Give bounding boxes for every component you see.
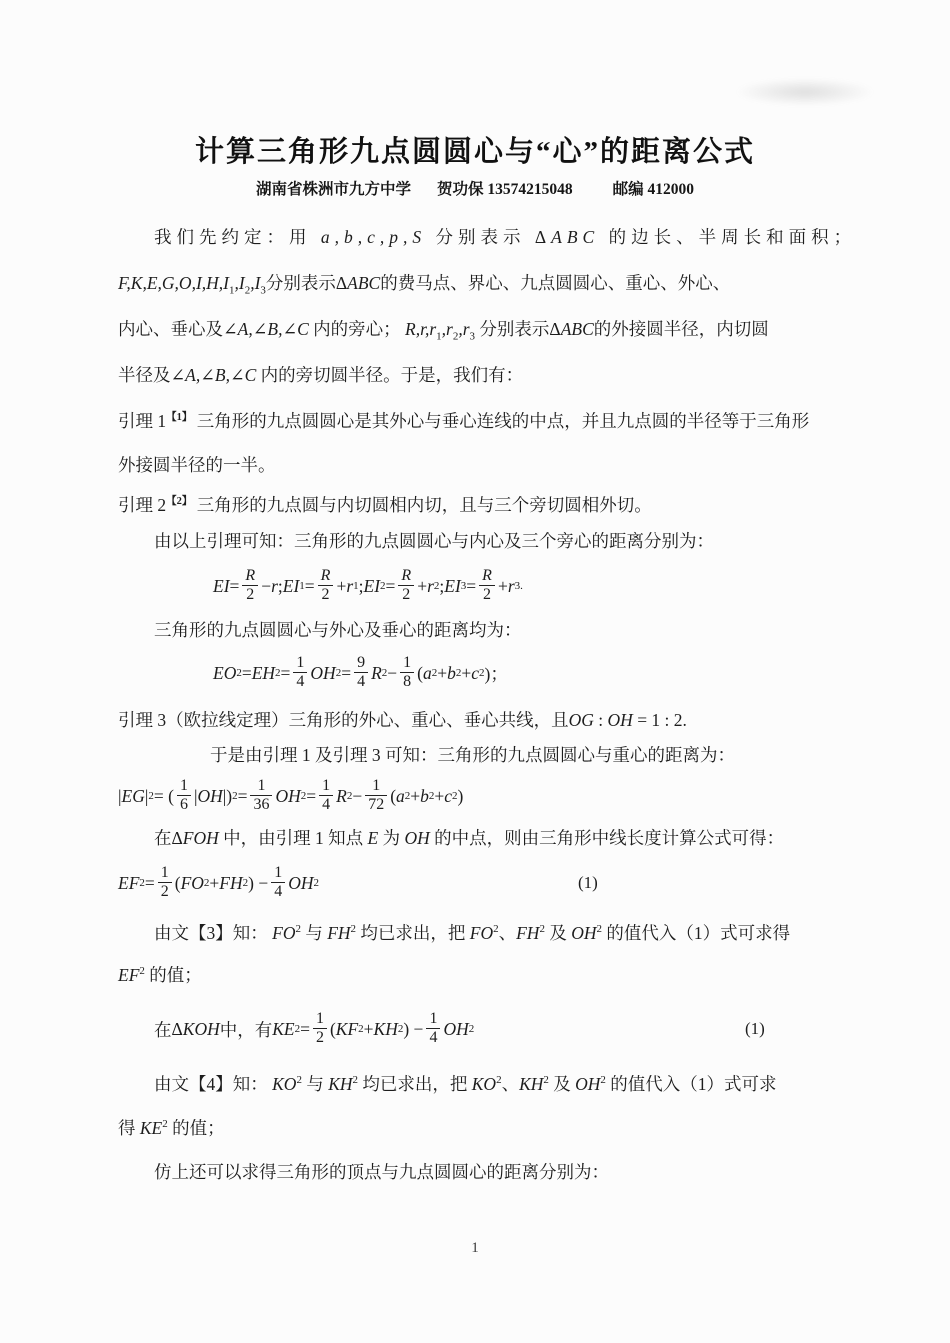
deduction-circumcenter-intro: 三角形的九点圆圆心与外心及垂心的距离均为：: [118, 614, 842, 646]
fraction: 18: [400, 654, 414, 690]
fraction: R2: [479, 567, 495, 603]
fraction: 14: [426, 1010, 440, 1046]
formula-ke: 在ΔKOH 中，有 KE2 = 12(KF2 + KH2) − 14OH2(1): [118, 996, 842, 1062]
para-ref3-line1: 由文【3】知： FO2 与 FH2 均已求出，把 FO2、FH2 及 OH2 的…: [118, 912, 842, 954]
para-conventions-line4: 半径及∠A,∠B,∠C 内的旁切圆半径。于是，我们有：: [118, 352, 842, 398]
scan-smudge: [735, 78, 875, 106]
byline-postcode: 邮编 412000: [613, 181, 694, 198]
deduction-incenter-intro: 由以上引理可知：三角形的九点圆圆心与内心及三个旁心的距离分别为：: [118, 524, 842, 558]
lemma-1-line2: 外接圆半径的一半。: [118, 444, 842, 486]
lemma-3: 引理 3（欧拉线定理）三角形的外心、重心、垂心共线，且OG : OH = 1 :…: [118, 700, 842, 740]
byline-affiliation: 湖南省株洲市九方中学: [256, 181, 411, 198]
page-title: 计算三角形九点圆圆心与“心”的距离公式: [0, 129, 950, 170]
fraction: 136: [250, 777, 272, 813]
para-ref4-line2: 得 KE2 的值；: [118, 1106, 842, 1150]
deduction-centroid-intro: 于是由引理 1 及引理 3 可知：三角形的九点圆圆心与重心的距离为：: [118, 740, 842, 770]
fraction: R2: [242, 567, 258, 603]
para-conventions-line3: 内心、垂心及∠A,∠B,∠C 内的旁心； R,r,r1,r2,r3 分别表示ΔA…: [118, 306, 842, 352]
para-foh-median: 在ΔFOH 中，由引理 1 知点 E 为 OH 的中点，则由三角形中线长度计算公…: [118, 822, 842, 854]
formula-eo-eh: EO2 = EH2 = 14OH2 = 94R2 − 18(a2 + b2 + …: [118, 646, 842, 700]
fraction: 12: [158, 864, 172, 900]
fraction: 14: [271, 864, 285, 900]
byline-author-phone: 贺功保 13574215048: [437, 181, 573, 198]
formula-eg: |EG|2 = (16|OH|)2 = 136OH2 = 14R2 − 172(…: [118, 770, 842, 822]
equation-number: (1): [578, 873, 598, 893]
formula-ei-distances: EI = R2 − r; EI1 = R2 + r1; EI2 = R2 + r…: [118, 558, 842, 614]
fraction: 94: [354, 654, 368, 690]
fraction: 172: [365, 777, 387, 813]
lemma-1-line1: 引理 1【1】 三角形的九点圆圆心是其外心与垂心连线的中点，并且九点圆的半径等于…: [118, 398, 842, 444]
para-vertices-intro: 仿上还可以求得三角形的顶点与九点圆圆心的距离分别为：: [118, 1150, 842, 1194]
para-ref4-line1: 由文【4】知： KO2 与 KH2 均已求出，把 KO2、KH2 及 OH2 的…: [118, 1062, 842, 1106]
fraction: 16: [177, 777, 191, 813]
page-number: 1: [0, 1240, 950, 1257]
equation-number: (1): [745, 1019, 765, 1039]
fraction: 14: [293, 654, 307, 690]
lemma-2: 引理 2【2】 三角形的九点圆与内切圆相内切，且与三个旁切圆相外切。: [118, 486, 842, 524]
fraction: 14: [319, 777, 333, 813]
fraction: 12: [313, 1010, 327, 1046]
byline: 湖南省株洲市九方中学贺功保 13574215048邮编 412000: [0, 177, 950, 199]
formula-ef: EF2 = 12(FO2 + FH2) − 14OH2(1): [118, 854, 842, 912]
para-conventions-line2: F,K,E,G,O,I,H,I1,I2,I3分别表示ΔABC的费马点、界心、九点…: [118, 260, 842, 306]
fraction: R2: [398, 567, 414, 603]
scanned-document-page: 计算三角形九点圆圆心与“心”的距离公式 湖南省株洲市九方中学贺功保 135742…: [0, 0, 950, 1343]
fraction: R2: [318, 567, 334, 603]
para-conventions-line1: 我们先约定：用 a,b,c,p,S 分别表示 ΔABC 的边长、半周长和面积；: [118, 214, 842, 260]
para-ref3-line2: EF2 的值；: [118, 954, 842, 996]
document-body: 我们先约定：用 a,b,c,p,S 分别表示 ΔABC 的边长、半周长和面积；F…: [118, 214, 842, 1194]
